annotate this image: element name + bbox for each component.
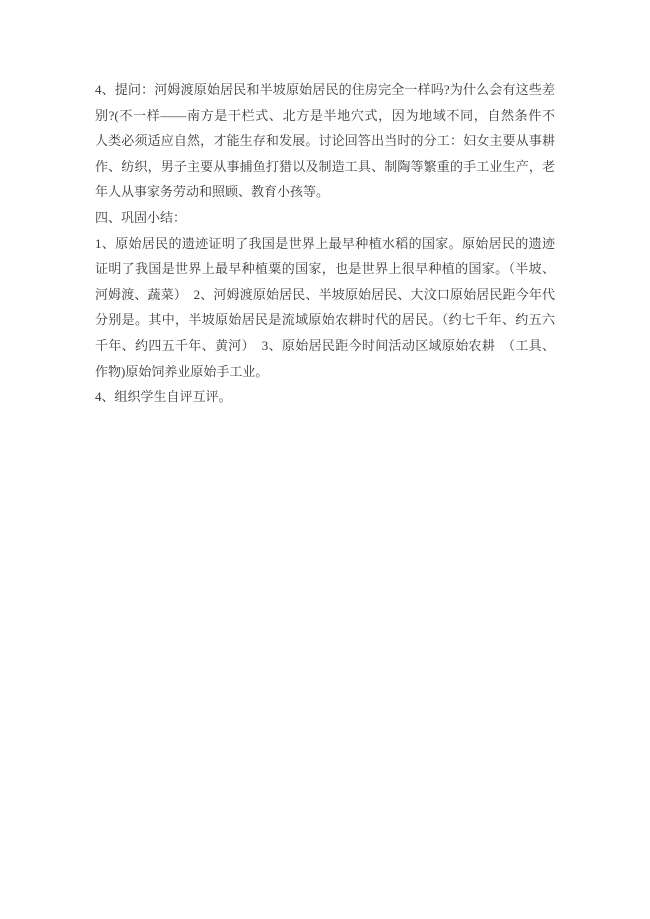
text-line: 作、纺织，男子主要从事捕鱼打猎以及制造工具、制陶等繁重的手工业生产，老 <box>95 154 555 180</box>
document-page: 4、提问：河姆渡原始居民和半坡原始居民的住房完全一样吗?为什么会有这些差 别?(… <box>0 0 650 919</box>
text-line: 作物)原始饲养业原始手工业。 <box>95 359 555 385</box>
text-block: 4、提问：河姆渡原始居民和半坡原始居民的住房完全一样吗?为什么会有这些差 别?(… <box>95 77 555 410</box>
text-line: 年人从事家务劳动和照顾、教育小孩等。 <box>95 179 555 205</box>
text-line: 1、原始居民的遗迹证明了我国是世界上最早种植水稻的国家。原始居民的遗迹 <box>95 231 555 257</box>
text-line: 千年、约四五千年、黄河） 3、原始居民距今时间活动区域原始农耕 （工具、 <box>95 333 555 359</box>
text-line: 分别是。其中，半坡原始居民是流域原始农耕时代的居民。（约七千年、约五六 <box>95 307 555 333</box>
text-line: 河姆渡、蔬菜） 2、河姆渡原始居民、半坡原始居民、大汶口原始居民距今年代 <box>95 282 555 308</box>
text-line: 人类必须适应自然，才能生存和发展。讨论回答出当时的分工：妇女主要从事耕 <box>95 128 555 154</box>
text-line: 证明了我国是世界上最早种植粟的国家，也是世界上很早种植的国家。（半坡、 <box>95 256 555 282</box>
section-heading: 四、巩固小结： <box>95 205 555 231</box>
text-line: 4、组织学生自评互评。 <box>95 384 555 410</box>
text-line: 别?(不一样——南方是干栏式、北方是半地穴式，因为地域不同，自然条件不同， <box>95 103 555 129</box>
text-line: 4、提问：河姆渡原始居民和半坡原始居民的住房完全一样吗?为什么会有这些差 <box>95 77 555 103</box>
